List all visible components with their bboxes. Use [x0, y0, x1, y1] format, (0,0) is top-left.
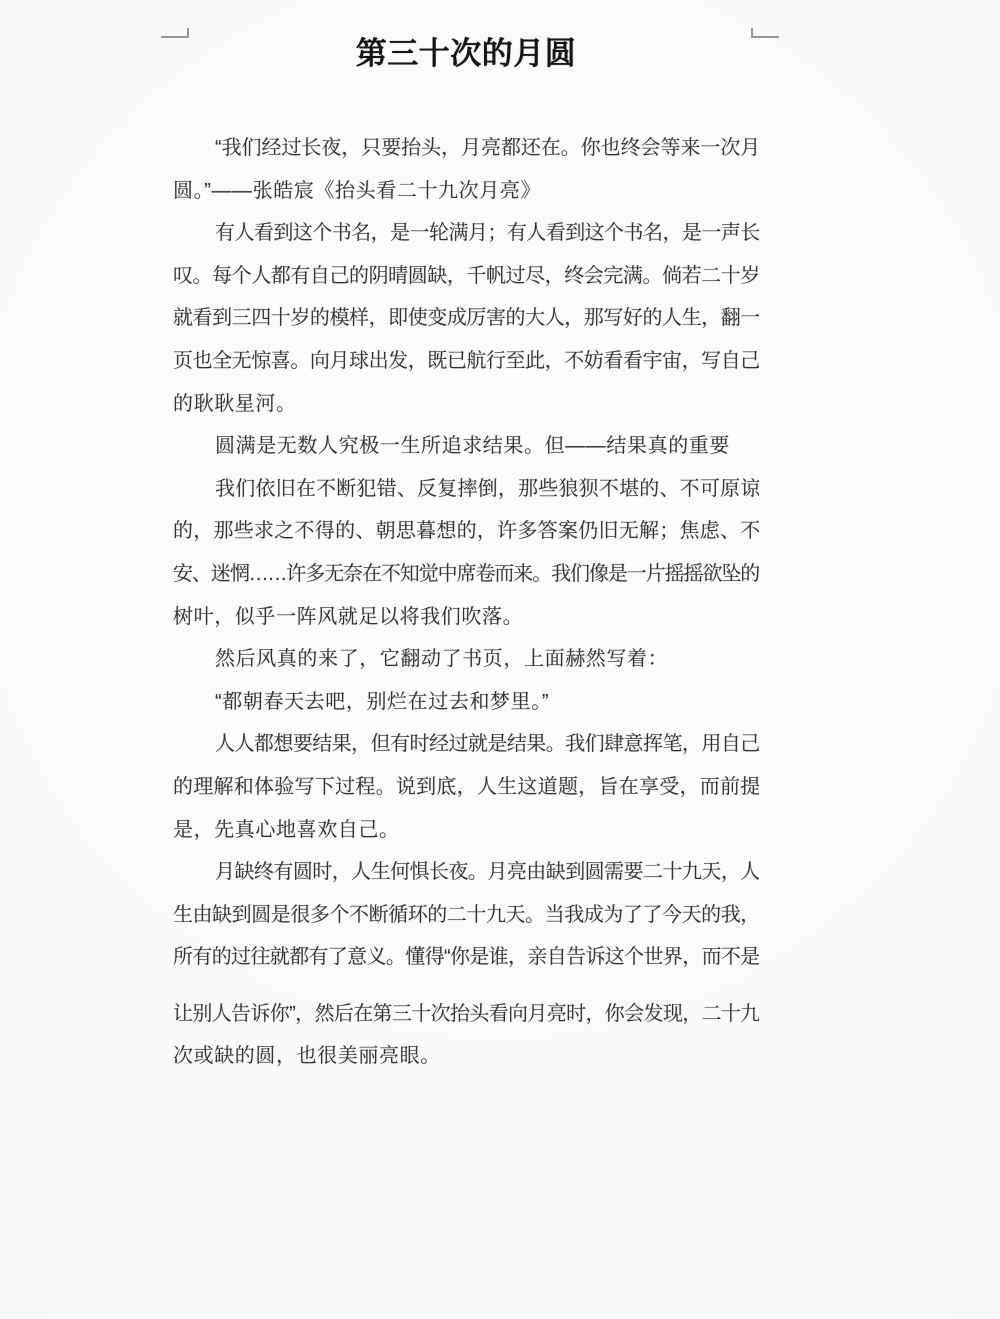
text-line: 的理解和体验写下过程。说到底，人生这道题，旨在享受，而前提 [173, 766, 759, 809]
text-line: 我们依旧在不断犯错、反复摔倒，那些狼狈不堪的、不可原谅 [173, 468, 759, 511]
text-line: 圆。”——张皓宸《抬头看二十九次月亮》 [173, 170, 759, 213]
text-line: 叹。每个人都有自己的阴晴圆缺，千帆过尽，终会完满。倘若二十岁 [173, 255, 759, 298]
text-line: 树叶，似乎一阵风就足以将我们吹落。 [173, 596, 759, 639]
text-line: 圆满是无数人究极一生所追求结果。但——结果真的重要吗？ [173, 425, 759, 468]
text-line: 的，那些求之不得的、朝思暮想的，许多答案仍旧无解；焦虑、不 [173, 510, 759, 553]
text-line: 月缺终有圆时，人生何惧长夜。月亮由缺到圆需要二十九天，人 [173, 851, 759, 894]
text-line: “都朝春天去吧，别烂在过去和梦里。” [173, 681, 759, 724]
text-line: 让别人告诉你”，然后在第三十次抬头看向月亮时，你会发现，二十九 [173, 993, 759, 1036]
text-line: 所有的过往就都有了意义。懂得“你是谁，亲自告诉这个世界，而不是 [173, 936, 759, 979]
text-line: 就看到三四十岁的模样，即使变成厉害的大人，那写好的人生，翻一 [173, 297, 759, 340]
text-line: 安、迷惘……许多无奈在不知觉中席卷而来。我们像是一片摇摇欲坠的 [173, 553, 759, 596]
text-line: 然后风真的来了，它翻动了书页，上面赫然写着： [173, 638, 759, 681]
text-line: 次或缺的圆，也很美丽亮眼。 [173, 1035, 759, 1078]
essay-body: “我们经过长夜，只要抬头，月亮都还在。你也终会等来一次月 圆。”——张皓宸《抬头… [173, 127, 759, 1078]
text-line: 的耿耿星河。 [173, 383, 759, 426]
text-line: “我们经过长夜，只要抬头，月亮都还在。你也终会等来一次月 [173, 127, 759, 170]
text-line: 人人都想要结果，但有时经过就是结果。我们肆意挥笔，用自己 [173, 723, 759, 766]
document-page: 第三十次的月圆 “我们经过长夜，只要抬头，月亮都还在。你也终会等来一次月 圆。”… [0, 0, 1000, 1319]
text-line: 页也全无惊喜。向月球出发，既已航行至此，不妨看看宇宙，写自己 [173, 340, 759, 383]
text-line: 是，先真心地喜欢自己。 [173, 809, 759, 852]
text-line: 生由缺到圆是很多个不断循环的二十九天。当我成为了了今天的我， [173, 894, 759, 937]
essay-title: 第三十次的月圆 [173, 37, 759, 71]
text-line: 有人看到这个书名，是一轮满月；有人看到这个书名，是一声长 [173, 212, 759, 255]
